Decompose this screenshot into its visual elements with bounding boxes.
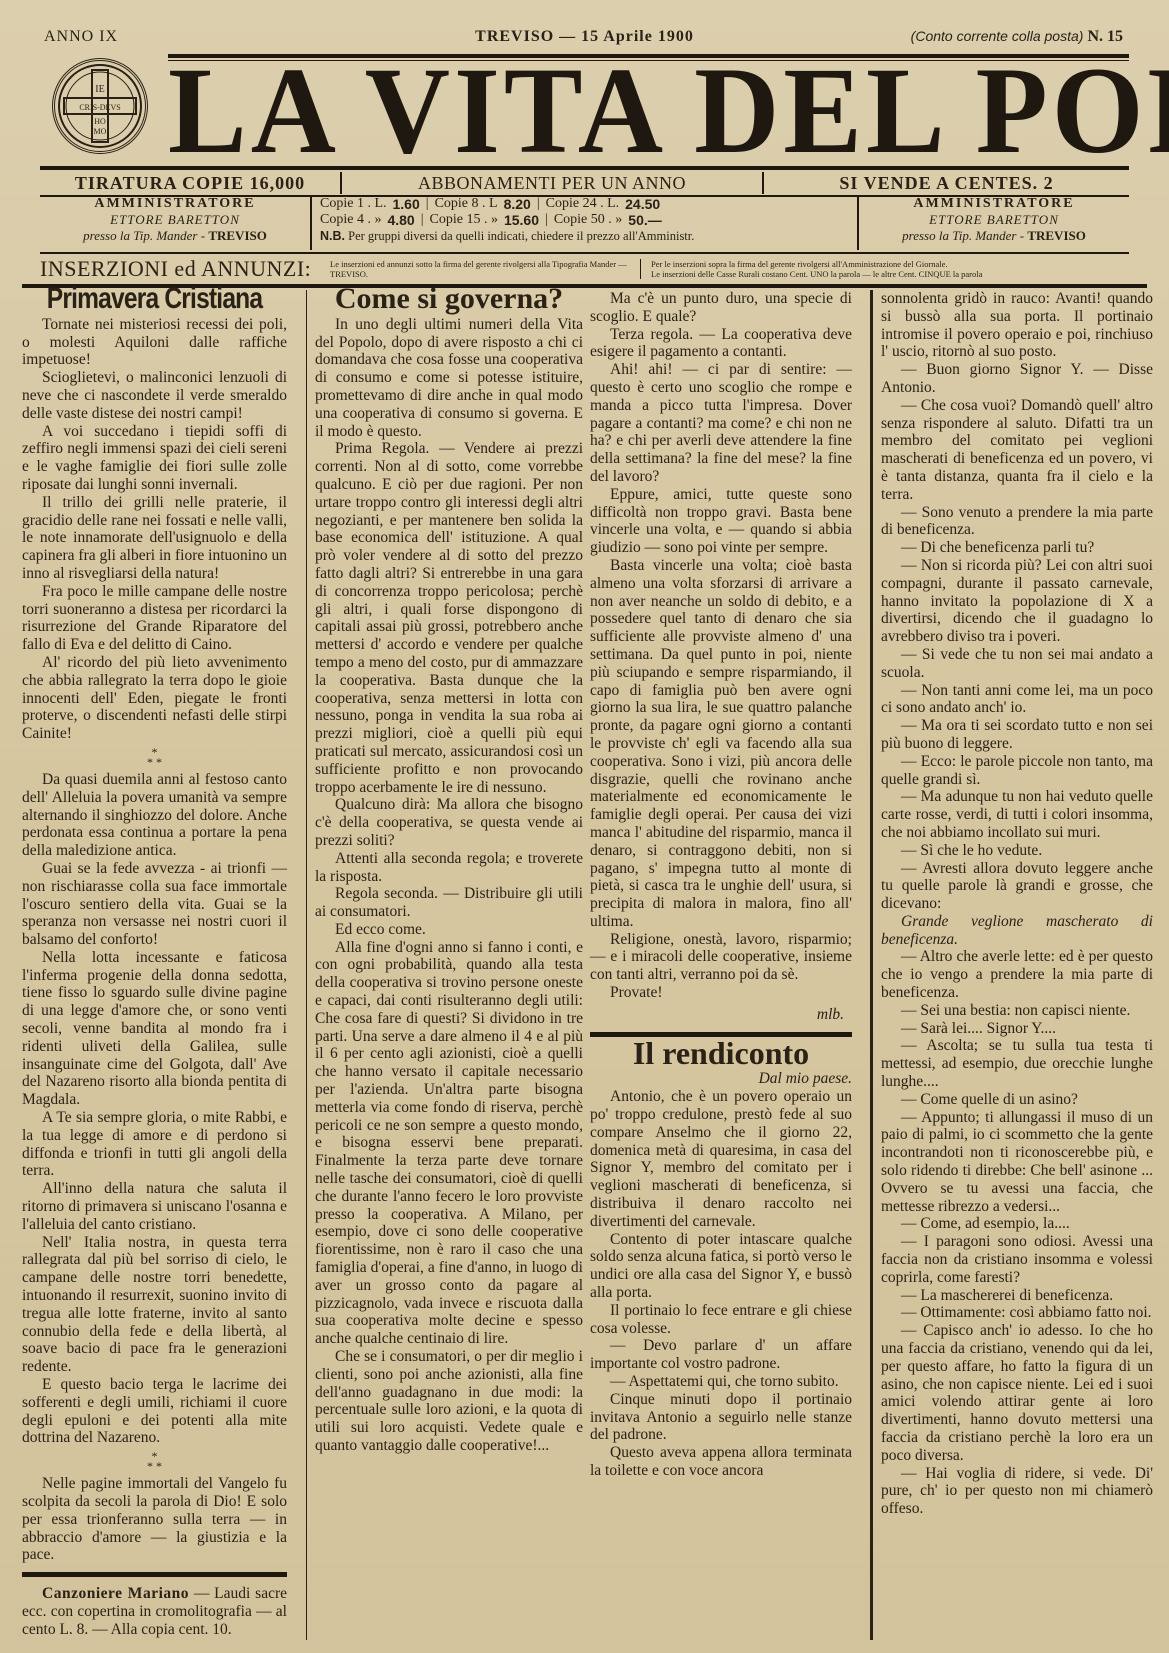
paragraph: Tornate nei misteriosi recessi dei poli,… [22,316,287,369]
dialogue-line: — Sono venuto a prendere la mia parte di… [881,504,1153,540]
administrator-right: AMMINISTRATORE ETTORE BARETTON presso la… [859,196,1129,250]
paragraph: — Devo parlare d' un affare importante c… [590,1337,852,1373]
dialogue-line: — Ma adunque tu non hai veduto quelle ca… [881,788,1153,841]
dialogue-line: — Come quelle di un asino? [881,1091,1153,1109]
price-label: Copie 50 . » [554,212,622,228]
paragraph: Prima Regola. — Vendere ai prezzi corren… [315,440,583,796]
price-per-copy: SI VENDE A CENTES. 2 [764,172,1129,194]
price-value: 8.20 [504,196,531,212]
dialogue-line: — Sei una bestia: non capisci niente. [881,1002,1153,1020]
admin-city: TREVISO [208,228,267,243]
paragraph: In uno degli ultimi numeri della Vita de… [315,316,583,441]
svg-text:IE: IE [95,84,104,95]
separator: | [545,212,548,228]
circulation: TIRATURA COPIE 16,000 [40,172,340,194]
price-label: Copie 1 . L. [320,196,387,212]
newspaper-page: ANNO IX TREVISO — 15 Aprile 1900 (Conto … [0,0,1169,1653]
paragraph: Il portinaio lo fece entrare e gli chies… [590,1302,852,1338]
notice-title: Canzoniere Mariano [42,1585,189,1602]
ads-note-line: Le inserzioni delle Casse Rurali costano… [651,269,1129,279]
info-band-top: TIRATURA COPIE 16,000 ABBONAMENTI PER UN… [40,172,1129,194]
canzoniere-notice: Canzoniere Mariano — Laudi sacre ecc. co… [22,1585,287,1638]
paragraph: Questo aveva appena allora terminata la … [590,1444,852,1480]
admin-address-prefix: presso la Tip. Mander - [83,228,205,243]
dialogue-line: — Ascolta; se tu sulla tua testa ti mett… [881,1037,1153,1090]
separator: | [537,196,540,212]
article-title-rendiconto: Il rendiconto [590,1045,852,1063]
paragraph: Alla fine d'ogni anno si fanno i conti, … [315,939,583,1348]
masthead-bottom-rule [40,166,1129,170]
paragraph: Cinque minuti dopo il portinaio invitava… [590,1391,852,1444]
masthead-title: LA VITA DEL POPOLO [168,48,1128,174]
svg-text:MO: MO [94,127,107,136]
cross-seal-icon: IE CRIS-DEVS HO MO [56,62,144,150]
dialogue-line: — Come, ad esempio, la.... [881,1215,1153,1233]
paragraph: Attenti alla seconda regola; e troverete… [315,850,583,886]
column-2: Come si governa? In uno degli ultimi num… [306,290,583,1640]
dialogue-line: — Sarà lei.... Signor Y.... [881,1020,1153,1038]
dialogue-line: — Appunto; ti allungassi il muso di un p… [881,1109,1153,1216]
paragraph: Regola seconda. — Distribuire gli utili … [315,885,583,921]
price-label: Copie 15 . » [430,212,498,228]
nb-label: N.B. [320,229,345,243]
dialogue-line: — La maschererei di beneficenza. [881,1287,1153,1305]
column-4: sonnolenta gridò in rauco: Avanti! quand… [870,290,1153,1640]
dialogue-line: — Altro che averle lette: ed è per quest… [881,948,1153,1001]
svg-text:CRIS-DEVS: CRIS-DEVS [79,103,120,112]
paragraph: Religione, onestà, lavoro, risparmio; — … [590,931,852,984]
paragraph: Contento di poter intascare qualche sold… [590,1231,852,1302]
nb-note: N.B. Per gruppi diversi da quelli indica… [320,228,849,244]
paragraph: All'inno della natura che saluta il rito… [22,1180,287,1233]
svg-text:HO: HO [94,117,106,126]
paragraph: Eppure, amici, tutte queste sono diffico… [590,486,852,557]
dialogue-line: — Sì che le ho vedute. [881,842,1153,860]
separator: | [426,196,429,212]
price-label: Copie 8 . L [435,196,498,212]
dialogue-line: — Ecco: le parole piccole non tanto, ma … [881,753,1153,789]
price-value: 50.— [628,212,661,228]
admin-name: ETTORE BARETTON [859,212,1129,228]
asterism-stars: * * [147,755,162,769]
column-3: Ma c'è un punto duro, una specie di scog… [590,290,852,1640]
admin-title: AMMINISTRATORE [40,196,310,212]
paragraph: Terza regola. — La cooperativa deve esig… [590,326,852,362]
article-signature: mlb. [598,1006,844,1024]
admin-title: AMMINISTRATORE [859,196,1129,212]
poster-quote: Grande veglione mascherato di beneficenz… [881,913,1153,949]
subscriptions-heading: ABBONAMENTI PER UN ANNO [340,172,764,194]
paragraph: Qualcuno dirà: Ma allora che bisogno c'è… [315,796,583,849]
paragraph: Ahi! ahi! — ci par di sentire: — questo … [590,361,852,486]
paragraph: Basta vincerle una volta; cioè basta alm… [590,557,852,931]
paragraph: Che se i consumatori, o per dir meglio i… [315,1348,583,1455]
article-divider [22,1572,287,1577]
paragraph: A Te sia sempre gloria, o mite Rabbi, e … [22,1109,287,1180]
paragraph: Ma c'è un punto duro, una specie di scog… [590,290,852,326]
paragraph: Da quasi duemila anni al festoso canto d… [22,771,287,860]
paragraph: Al' ricordo del più lieto avvenimento ch… [22,654,287,743]
price-row: Copie 1 . L.1.60| Copie 8 . L8.20| Copie… [320,196,849,212]
paragraph: Ed ecco come. [315,921,583,939]
dialogue-line: — Ottimamente: così abbiamo fatto noi. [881,1304,1153,1322]
admin-name: ETTORE BARETTON [40,212,310,228]
asterism-stars: * * [147,1459,162,1473]
seal-logo-icon: IE CRIS-DEVS HO MO [52,58,148,154]
admin-address: presso la Tip. Mander - TREVISO [40,228,310,244]
paragraph: Scioglietevi, o malinconici lenzuoli di … [22,369,287,422]
administrator-left: AMMINISTRATORE ETTORE BARETTON presso la… [40,196,310,250]
section-asterism: ** * [22,1451,287,1471]
price-value: 1.60 [393,196,420,212]
ads-note-line: Per le inserzioni sopra la firma del ger… [651,259,1129,269]
admin-city: TREVISO [1027,228,1086,243]
dialogue-line: — Non tanti anni come lei, ma un poco ci… [881,682,1153,718]
dialogue-line: — Non si ricorda più? Lei con altri suoi… [881,557,1153,646]
subscription-prices: Copie 1 . L.1.60| Copie 8 . L8.20| Copie… [310,196,859,250]
section-asterism: ** * [22,747,287,767]
dialogue-line: — Ma ora ti sei scordato tutto e non sei… [881,717,1153,753]
paragraph: Guai se la fede avvezza - ai trionfi — n… [22,860,287,949]
paragraph: Provate! [590,984,852,1002]
ads-title: INSERZIONI ed ANNUNZI: [40,256,320,282]
band-rule [40,252,1129,254]
paragraph: Nella lotta incessante e faticosa l'infe… [22,949,287,1109]
ads-note-left: Le inserzioni ed annunzi sotto la firma … [320,259,640,279]
dialogue-line: — Hai voglia di ridere, si vede. Di' pur… [881,1465,1153,1518]
paragraph: Fra poco le mille campane delle nostre t… [22,583,287,654]
article-subtitle: Dal mio paese. [590,1070,852,1088]
price-label: Copie 4 . » [320,212,381,228]
ads-band: INSERZIONI ed ANNUNZI: Le inserzioni ed … [40,256,1129,282]
paragraph: — Aspettatemi qui, che torno subito. [590,1373,852,1391]
price-value: 4.80 [387,212,414,228]
paragraph: Nell' Italia nostra, in questa terra ral… [22,1234,287,1376]
dialogue-line: — Che cosa vuoi? Domandò quell' altro se… [881,397,1153,504]
column-1: Primavera Cristiana Tornate nei misterio… [22,290,287,1640]
price-label: Copie 24 . L. [546,196,620,212]
dialogue-line: — Buon giorno Signor Y. — Disse Antonio. [881,361,1153,397]
paragraph: Antonio, che è un povero operaio un po' … [590,1088,852,1230]
paragraph: A voi succedano i tiepidi soffi di zeffi… [22,423,287,494]
price-row: Copie 4 . »4.80| Copie 15 . »15.60| Copi… [320,212,849,228]
admin-address: presso la Tip. Mander - TREVISO [859,228,1129,244]
dialogue-line: — Avresti allora dovuto leggere anche tu… [881,860,1153,913]
paragraph: Nelle pagine immortali del Vangelo fu sc… [22,1475,287,1564]
paragraph: E questo bacio terga le lacrime dei soff… [22,1376,287,1447]
dialogue-line: — Capisco anch' io adesso. Io che ho una… [881,1322,1153,1464]
dialogue-line: — I paragoni sono odiosi. Avessi una fac… [881,1233,1153,1286]
price-value: 24.50 [625,196,660,212]
admin-address-prefix: presso la Tip. Mander - [902,228,1024,243]
columns: Primavera Cristiana Tornate nei misterio… [22,290,1147,1640]
info-band-middle: AMMINISTRATORE ETTORE BARETTON presso la… [40,196,1129,250]
article-title-primavera: Primavera Cristiana [46,290,263,308]
paragraph: Il trillo dei grilli nelle praterie, il … [22,494,287,583]
price-value: 15.60 [504,212,539,228]
nb-text: Per gruppi diversi da quelli indicati, c… [348,229,694,243]
article-title-come-si-governa: Come si governa? [315,290,583,308]
separator: | [421,212,424,228]
dialogue-line: — Di che beneficenza parli tu? [881,539,1153,557]
ads-note-right: Per le inserzioni sopra la firma del ger… [640,259,1129,279]
paragraph: sonnolenta gridò in rauco: Avanti! quand… [881,290,1153,361]
dialogue-line: — Si vede che tu non sei mai andato a sc… [881,646,1153,682]
